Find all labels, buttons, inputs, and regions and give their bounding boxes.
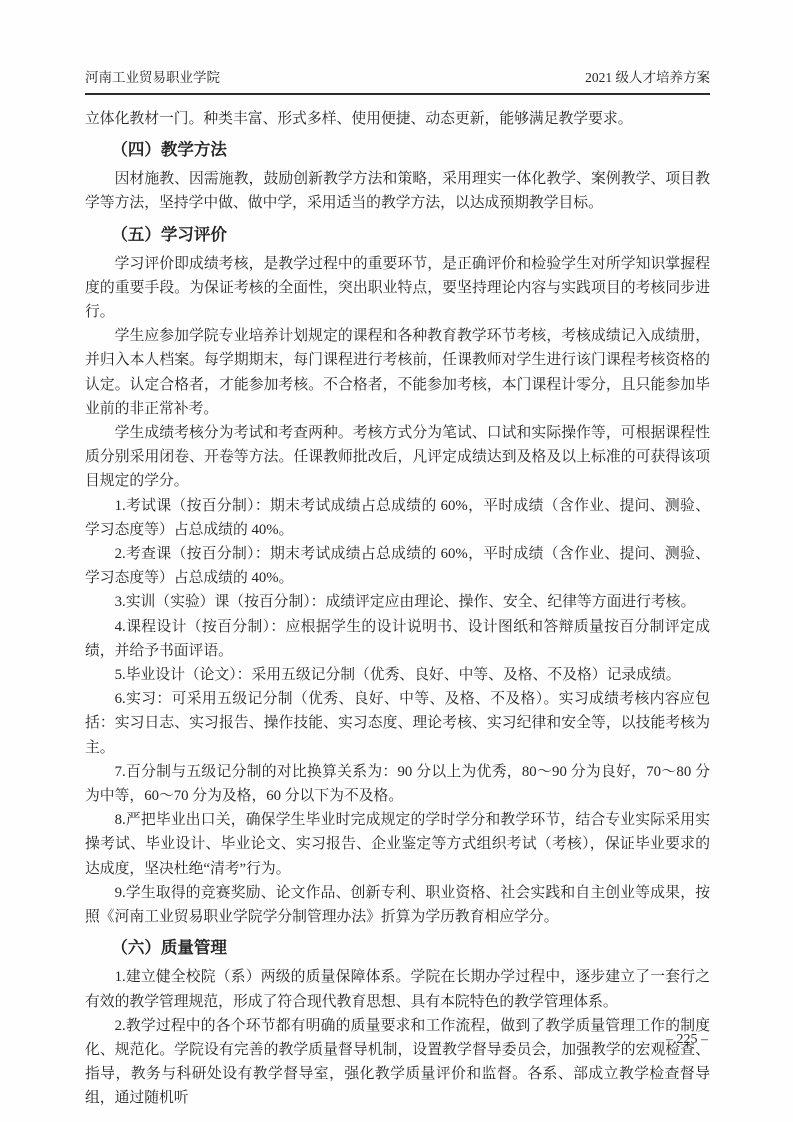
page-content: 河南工业贸易职业学院 2021 级人才培养方案 立体化教材一门。种类丰富、形式多… [85,66,710,1111]
paragraph: 立体化教材一门。种类丰富、形式多样、使用便捷、动态更新，能够满足教学要求。 [85,107,710,131]
list-item-8-graduation-gate: 8.严把毕业出口关，确保学生毕业时完成规定的学时学分和教学环节，结合专业实际采用… [85,808,710,881]
document-body: 立体化教材一门。种类丰富、形式多样、使用便捷、动态更新，能够满足教学要求。 （四… [85,107,710,1111]
paragraph: 学习评价即成绩考核，是教学过程中的重要环节，是正确评价和检验学生对所学知识掌握程… [85,252,710,325]
paragraph: 学生成绩考核分为考试和考查两种。考核方式分为笔试、口试和实际操作等，可根据课程性… [85,421,710,494]
list-item-1-exam-course: 1.考试课（按百分制）：期末考试成绩占总成绩的 60%，平时成绩（含作业、提问、… [85,494,710,542]
list-item-9-credit-conversion: 9.学生取得的竞赛奖励、论文作品、创新专利、职业资格、社会实践和自主创业等成果，… [85,881,710,929]
section-heading-teaching-methods: （四）教学方法 [85,138,710,162]
paragraph: 学生应参加学院专业培养计划规定的课程和各种教育教学环节考核，考核成绩记入成绩册，… [85,324,710,421]
list-item-2-quality-process: 2.教学过程中的各个环节都有明确的质量要求和工作流程，做到了教学质量管理工作的制… [85,1014,710,1111]
list-item-6-internship: 6.实习：可采用五级记分制（优秀、良好、中等、及格、不及格）。实习成绩考核内容应… [85,687,710,760]
list-item-1-quality-system: 1.建立健全校院（系）两级的质量保障体系。学院在长期办学过程中，逐步建立了一套行… [85,965,710,1013]
header-school-name: 河南工业贸易职业学院 [85,66,220,86]
section-heading-learning-evaluation: （五）学习评价 [85,223,710,247]
list-item-4-course-design: 4.课程设计（按百分制）：应根据学生的设计说明书、设计图纸和答辩质量按百分制评定… [85,615,710,663]
document-page: 河南工业贸易职业学院 2021 级人才培养方案 立体化教材一门。种类丰富、形式多… [0,0,793,1122]
list-item-3-practical-course: 3.实训（实验）课（按百分制）：成绩评定应由理论、操作、安全、纪律等方面进行考核… [85,590,710,614]
section-heading-quality-management: （六）质量管理 [85,936,710,960]
footer-page-number: – 225 – [666,1032,708,1048]
list-item-2-assessment-course: 2.考查课（按百分制）：期末考试成绩占总成绩的 60%，平时成绩（含作业、提问、… [85,542,710,590]
list-item-7-grade-conversion: 7.百分制与五级记分制的对比换算关系为：90 分以上为优秀，80～90 分为良好… [85,760,710,808]
page-header: 河南工业贸易职业学院 2021 级人才培养方案 [85,66,710,95]
list-item-5-graduation-design: 5.毕业设计（论文）：采用五级记分制（优秀、良好、中等、及格、不及格）记录成绩。 [85,663,710,687]
header-program-title: 2021 级人才培养方案 [585,66,710,86]
paragraph: 因材施教、因需施教，鼓励创新教学方法和策略，采用理实一体化教学、案例教学、项目教… [85,167,710,215]
